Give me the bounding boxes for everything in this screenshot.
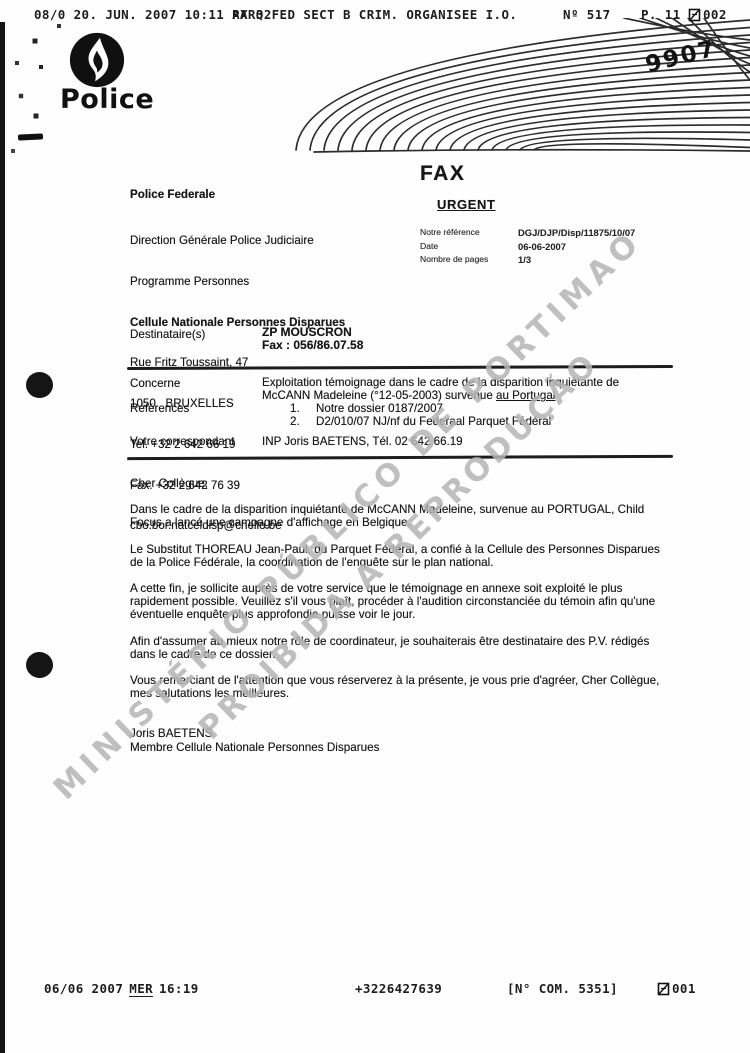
meta-row-reference: Notre référence DGJ/DJP/Disp/11875/10/07 <box>420 226 635 240</box>
fax-title: FAX <box>420 162 465 186</box>
reference-item: 1. Notre dossier 0187/2007 <box>290 402 674 415</box>
footer-day: MER <box>129 981 153 997</box>
sender-line: Direction Générale Police Judiciaire <box>130 234 345 248</box>
footer-date: 06/06 2007 <box>44 981 123 996</box>
references-label: Références <box>130 402 189 415</box>
subject-line2: McCANN Madeleine (°12-05-2003) survenue … <box>262 389 674 402</box>
horizontal-rule <box>127 365 673 370</box>
scanned-fax-page: 08/0 20. JUN. 2007 10:11 AX 32 PARQ FED … <box>0 0 750 1053</box>
paragraph: Dans le cadre de la disparition inquiéta… <box>130 503 671 529</box>
meta-row-pages: Nombre de pages 1/3 <box>420 253 635 267</box>
fax-journal-footer: 06/06 2007MER16:19 +3226427639 [N° COM. … <box>0 981 750 999</box>
subject-line1: Exploitation témoignage dans le cadre de… <box>262 376 674 389</box>
meta-row-date: Date 06-06-2007 <box>420 240 635 254</box>
subject-line2-underlined: au Portugal <box>496 389 555 402</box>
reference-item: 2. D2/010/07 NJ/nf du Federaal Parquet F… <box>290 415 674 428</box>
subject-label: Concerne <box>130 377 180 390</box>
paragraph: Afin d'assumer au mieux notre rôle de co… <box>130 635 671 661</box>
letter-body: Cher Collègue, Dans le cadre de la dispa… <box>130 477 671 754</box>
footer-datetime: 06/06 2007MER16:19 <box>44 981 199 996</box>
signature-name: Joris BAETENS <box>130 727 671 740</box>
correspondent-value: INP Joris BAETENS, Tél. 02 642.66.19 <box>262 435 463 448</box>
signature-role: Membre Cellule Nationale Personnes Dispa… <box>130 741 671 754</box>
reference-number: 1. <box>290 402 316 415</box>
salutation: Cher Collègue, <box>130 477 671 490</box>
scan-edge-artifact <box>0 22 5 1053</box>
footer-counter-value: 001 <box>672 981 696 996</box>
urgency-label: URGENT <box>437 197 496 212</box>
meta-value: 1/3 <box>518 253 531 267</box>
reference-text: D2/010/07 NJ/nf du Federaal Parquet Fédé… <box>316 415 551 428</box>
police-flame-icon <box>68 31 126 89</box>
meta-value: 06-06-2007 <box>518 240 566 254</box>
recipient-label: Destinataire(s) <box>130 328 205 341</box>
footer-counter: 001 <box>657 981 696 996</box>
paragraph: A cette fin, je sollicite auprès de votr… <box>130 582 671 622</box>
fax-meta-fields: Notre référence DGJ/DJP/Disp/11875/10/07… <box>420 226 635 267</box>
police-logo-wordmark: Police <box>60 84 154 115</box>
subject-line2-text: McCANN Madeleine (°12-05-2003) survenue <box>262 389 496 402</box>
scan-smudge-mark <box>18 133 43 140</box>
sender-org-name: Police Federale <box>130 188 345 202</box>
paragraph: Le Substitut THOREAU Jean-Paul, du Parqu… <box>130 543 671 569</box>
fax-memo-icon <box>657 982 671 996</box>
meta-label: Notre référence <box>420 226 518 240</box>
meta-label: Date <box>420 240 518 254</box>
hole-punch-mark-top <box>26 372 53 398</box>
reference-text: Notre dossier 0187/2007 <box>316 402 443 415</box>
scan-speckle-noise <box>0 0 2 2</box>
meta-label: Nombre de pages <box>420 253 518 267</box>
footer-time: 16:19 <box>159 981 199 996</box>
hole-punch-mark-bottom <box>24 650 54 680</box>
footer-fax-number: +3226427639 <box>355 981 442 996</box>
recipient-fax-number: Fax : 056/86.07.58 <box>262 339 363 352</box>
sender-line: Programme Personnes <box>130 275 345 289</box>
signature-block: Joris BAETENS Membre Cellule Nationale P… <box>130 727 671 753</box>
meta-value: DGJ/DJP/Disp/11875/10/07 <box>518 226 635 240</box>
scan-swirl-artifact <box>288 18 750 156</box>
paragraph: Vous remerciant de l'attention que vous … <box>130 674 671 700</box>
correspondent-label: Votre correspondant <box>130 435 234 448</box>
reference-number: 2. <box>290 415 316 428</box>
footer-com-number: [N° COM. 5351] <box>507 981 618 996</box>
